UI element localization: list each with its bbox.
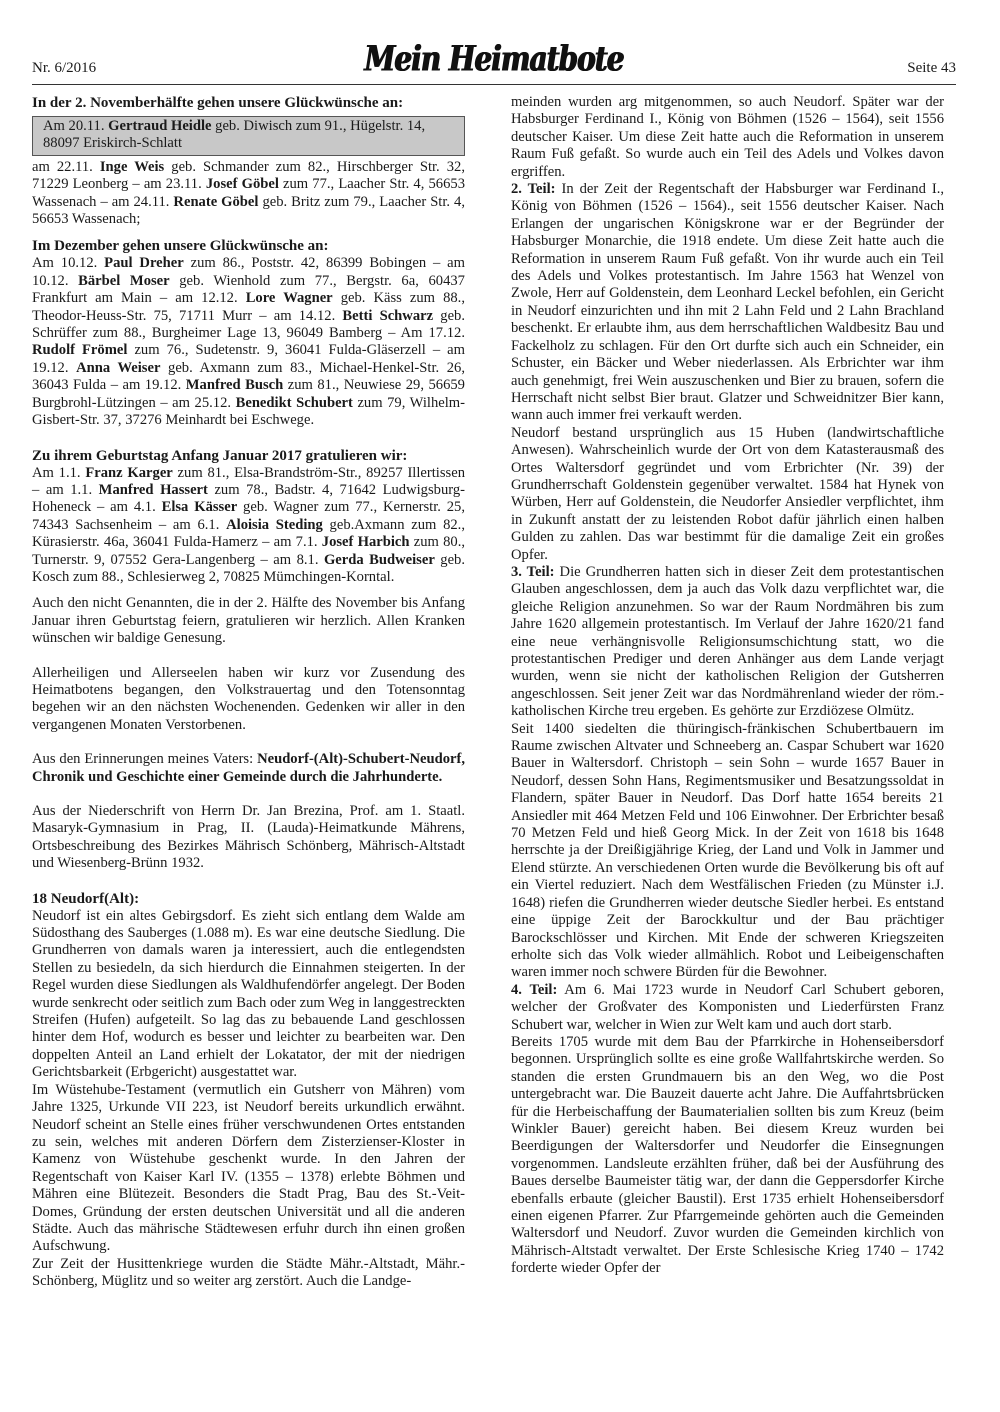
part-label: 2. Teil: [511,181,556,197]
issue-number: Nr. 6/2016 [32,60,96,77]
entry-name: Gertraud Heidle [108,118,211,134]
entry-name: Manfred Hassert [99,482,208,498]
closing-wishes: Auch den nicht Genannten, die in der 2. … [32,595,465,647]
left-column: In der 2. Novemberhälfte gehen unsere Gl… [32,94,465,1291]
entry-name: Manfred Busch [186,377,283,393]
part2-followup: Neudorf bestand ursprünglich aus 15 Hube… [511,425,944,564]
entry-name: Bärbel Moser [78,273,170,289]
part4-paragraph: 4. Teil: Am 6. Mai 1723 wurde in Neudorf… [511,982,944,1034]
highlight-box: Am 20.11. Gertraud Heidle geb. Diwisch z… [32,116,465,156]
part-label: 4. Teil: [511,982,557,998]
entry-date: Am 1.1. [32,465,85,481]
section-heading: 18 Neudorf(Alt): [32,890,465,908]
entry-name: Josef Göbel [206,176,279,192]
entry-name: Josef Harbich [322,534,410,550]
december-heading: Im Dezember gehen unsere Glückwünsche an… [32,237,465,255]
entry-name: Elsa Kässer [162,499,238,515]
entry-date: Am 20.11. [43,118,108,134]
november-entries: am 22.11. Inge Weis geb. Schmander zum 8… [32,159,465,229]
section-paragraph: Im Wüstehube-Testament (vermutlich ein G… [32,1082,465,1256]
source-note: Aus der Niederschrift von Herrn Dr. Jan … [32,803,465,873]
entry-name: Inge Weis [100,159,164,175]
entry-name: Anna Weiser [76,360,160,376]
entry-name: Aloisia Steding [226,517,323,533]
intro-text: Aus den Erinnerungen meines Vaters: [32,751,257,767]
part-label: 3. Teil: [511,564,555,580]
entry-date: Am 10.12. [32,255,104,271]
january-entries: Am 1.1. Franz Karger zum 81., Elsa-Brand… [32,465,465,587]
entry-name: Rudolf Frömel [32,342,127,358]
entry-name: Lore Wagner [246,290,333,306]
january-heading: Zu ihrem Geburtstag Anfang Januar 2017 g… [32,447,465,465]
chronicle-intro: Aus den Erinnerungen meines Vaters: Neud… [32,751,465,786]
entry-date: am 22.11. [32,159,100,175]
part4-followup: Bereits 1705 wurde mit dem Bau der Pfarr… [511,1034,944,1278]
part2-paragraph: 2. Teil: In der Zeit der Regentschaft de… [511,181,944,425]
right-column: meinden wurden arg mitgenommen, so auch … [511,94,944,1278]
continuation-paragraph: meinden wurden arg mitgenommen, so auch … [511,94,944,181]
part-text: In der Zeit der Regentschaft der Habsbur… [511,181,944,423]
part3-followup: Seit 1400 siedelten die thüringisch-frän… [511,721,944,982]
section-paragraph: Neudorf ist ein altes Gebirgsdorf. Es zi… [32,908,465,1082]
remembrance-paragraph: Allerheiligen und Allerseelen haben wir … [32,665,465,735]
entry-name: Gerda Budweiser [324,552,435,568]
section-paragraph: Zur Zeit der Husittenkriege wurden die S… [32,1256,465,1291]
entry-name: Paul Dreher [104,255,184,271]
entry-name: Benedikt Schubert [236,395,353,411]
december-entries: Am 10.12. Paul Dreher zum 86., Poststr. … [32,255,465,429]
part3-paragraph: 3. Teil: Die Grundherren hatten sich in … [511,564,944,721]
masthead-logo: Mein Heimatbote [364,38,623,79]
part-text: Die Grundherren hatten sich in dieser Ze… [511,564,944,719]
entry-name: Franz Karger [85,465,172,481]
page-header: Nr. 6/2016 Mein Heimatbote Seite 43 [32,46,956,85]
november-heading: In der 2. Novemberhälfte gehen unsere Gl… [32,94,465,112]
entry-name: Renate Göbel [173,194,258,210]
page-number: Seite 43 [907,60,956,77]
part-text: Am 6. Mai 1723 wurde in Neudorf Carl Sch… [511,982,944,1033]
entry-name: Betti Schwarz [342,308,433,324]
